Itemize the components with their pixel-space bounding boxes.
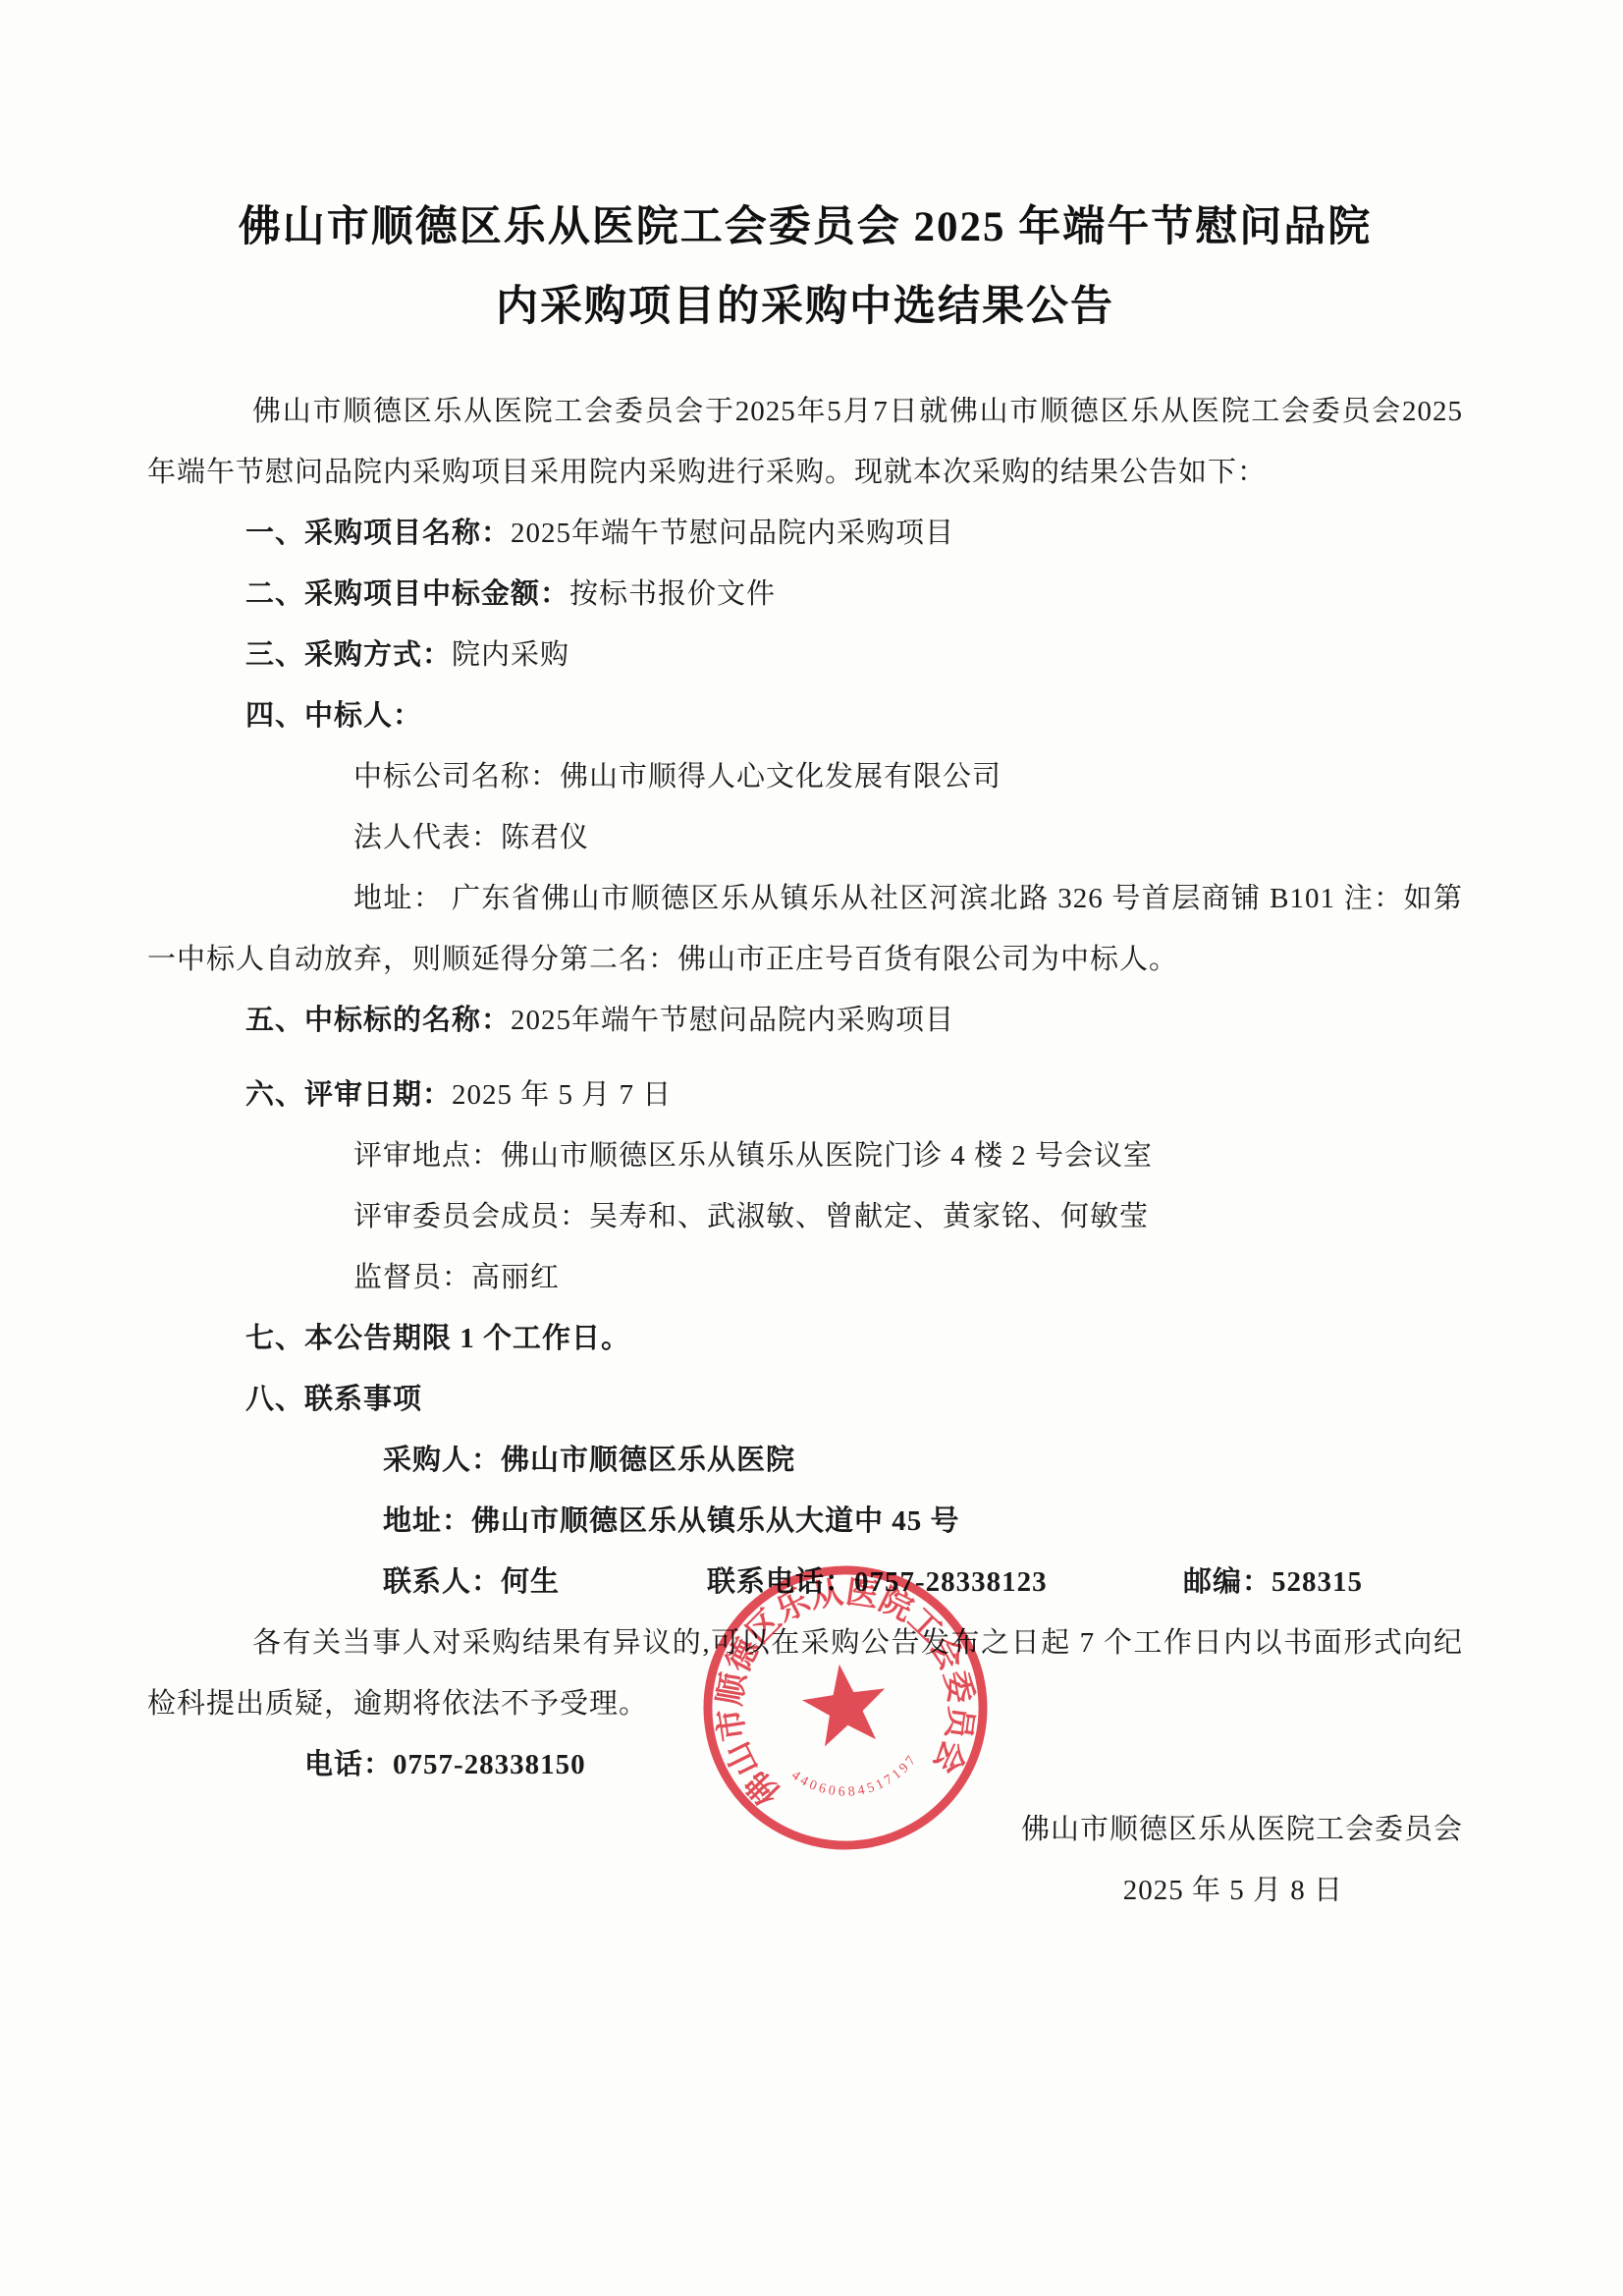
- item-2-value: 按标书报价文件: [569, 578, 776, 610]
- item-5-label: 五、中标标的名称：: [245, 1005, 511, 1036]
- item-3: 三、采购方式：院内采购: [147, 625, 1463, 685]
- item-1-value: 2025年端午节慰问品院内采购项目: [511, 518, 954, 549]
- title-line-2: 内采购项目的采购中选结果公告: [147, 268, 1463, 348]
- intro-paragraph: 佛山市顺德区乐从医院工会委员会于2025年5月7日就佛山市顺德区乐从医院工会委员…: [147, 381, 1463, 503]
- buyer-line: 采购人：佛山市顺德区乐从医院: [147, 1430, 1463, 1491]
- contact-phone: 联系电话：0757-28338123: [707, 1552, 1183, 1613]
- phone-line: 电话：0757-28338150: [147, 1734, 1463, 1795]
- item-8: 八、联系事项: [147, 1369, 1463, 1430]
- item-3-value: 院内采购: [452, 639, 569, 671]
- review-place-line: 评审地点：佛山市顺德区乐从镇乐从医院门诊 4 楼 2 号会议室: [147, 1125, 1463, 1186]
- winning-company-line: 中标公司名称：佛山市顺得人心文化发展有限公司: [147, 746, 1463, 807]
- signature-date: 2025 年 5 月 8 日: [147, 1860, 1463, 1921]
- item-1-label: 一、采购项目名称：: [245, 518, 511, 549]
- legal-rep-label: 法人代表：: [353, 822, 501, 853]
- postcode: 邮编：528315: [1183, 1552, 1363, 1613]
- item-7: 七、本公告期限 1 个工作日。: [147, 1308, 1463, 1369]
- objection-paragraph: 各有关当事人对采购结果有异议的,可以在采购公告发布之日起 7 个工作日内以书面形…: [147, 1613, 1463, 1734]
- winning-company-label: 中标公司名称：: [353, 761, 560, 793]
- review-committee-line: 评审委员会成员：吴寿和、武淑敏、曾献定、黄家铭、何敏莹: [147, 1186, 1463, 1247]
- item-4: 四、中标人：: [147, 685, 1463, 746]
- item-5: 五、中标标的名称：2025年端午节慰问品院内采购项目: [147, 990, 1463, 1051]
- page-title: 佛山市顺德区乐从医院工会委员会 2025 年端午节慰问品院 内采购项目的采购中选…: [147, 189, 1463, 348]
- buyer-address-line: 地址：佛山市顺德区乐从镇乐从大道中 45 号: [147, 1491, 1463, 1552]
- contact-person: 联系人：何生: [383, 1552, 707, 1613]
- item-3-label: 三、采购方式：: [245, 639, 452, 671]
- item-4-label: 四、中标人：: [245, 700, 422, 732]
- winner-address-paragraph: 地址： 广东省佛山市顺德区乐从镇乐从社区河滨北路 326 号首层商铺 B101 …: [147, 868, 1463, 990]
- item-6-value: 2025 年 5 月 7 日: [452, 1079, 672, 1111]
- item-1: 一、采购项目名称：2025年端午节慰问品院内采购项目: [147, 503, 1463, 564]
- legal-rep-line: 法人代表：陈君仪: [147, 807, 1463, 868]
- item-5-value: 2025年端午节慰问品院内采购项目: [511, 1005, 954, 1036]
- item-2-label: 二、采购项目中标金额：: [245, 578, 569, 610]
- item-2: 二、采购项目中标金额：按标书报价文件: [147, 564, 1463, 625]
- title-line-1: 佛山市顺德区乐从医院工会委员会 2025 年端午节慰问品院: [147, 189, 1463, 268]
- document-page: 佛山市顺德区乐从医院工会委员会 2025 年端午节慰问品院 内采购项目的采购中选…: [0, 0, 1623, 2296]
- supervisor-line: 监督员：高丽红: [147, 1247, 1463, 1308]
- signature-org: 佛山市顺德区乐从医院工会委员会: [147, 1799, 1463, 1860]
- winning-company-value: 佛山市顺得人心文化发展有限公司: [560, 761, 1001, 793]
- item-6: 六、评审日期：2025 年 5 月 7 日: [147, 1065, 1463, 1125]
- item-6-label: 六、评审日期：: [245, 1079, 452, 1111]
- legal-rep-value: 陈君仪: [501, 822, 589, 853]
- contact-row: 联系人：何生联系电话：0757-28338123邮编：528315: [147, 1552, 1463, 1613]
